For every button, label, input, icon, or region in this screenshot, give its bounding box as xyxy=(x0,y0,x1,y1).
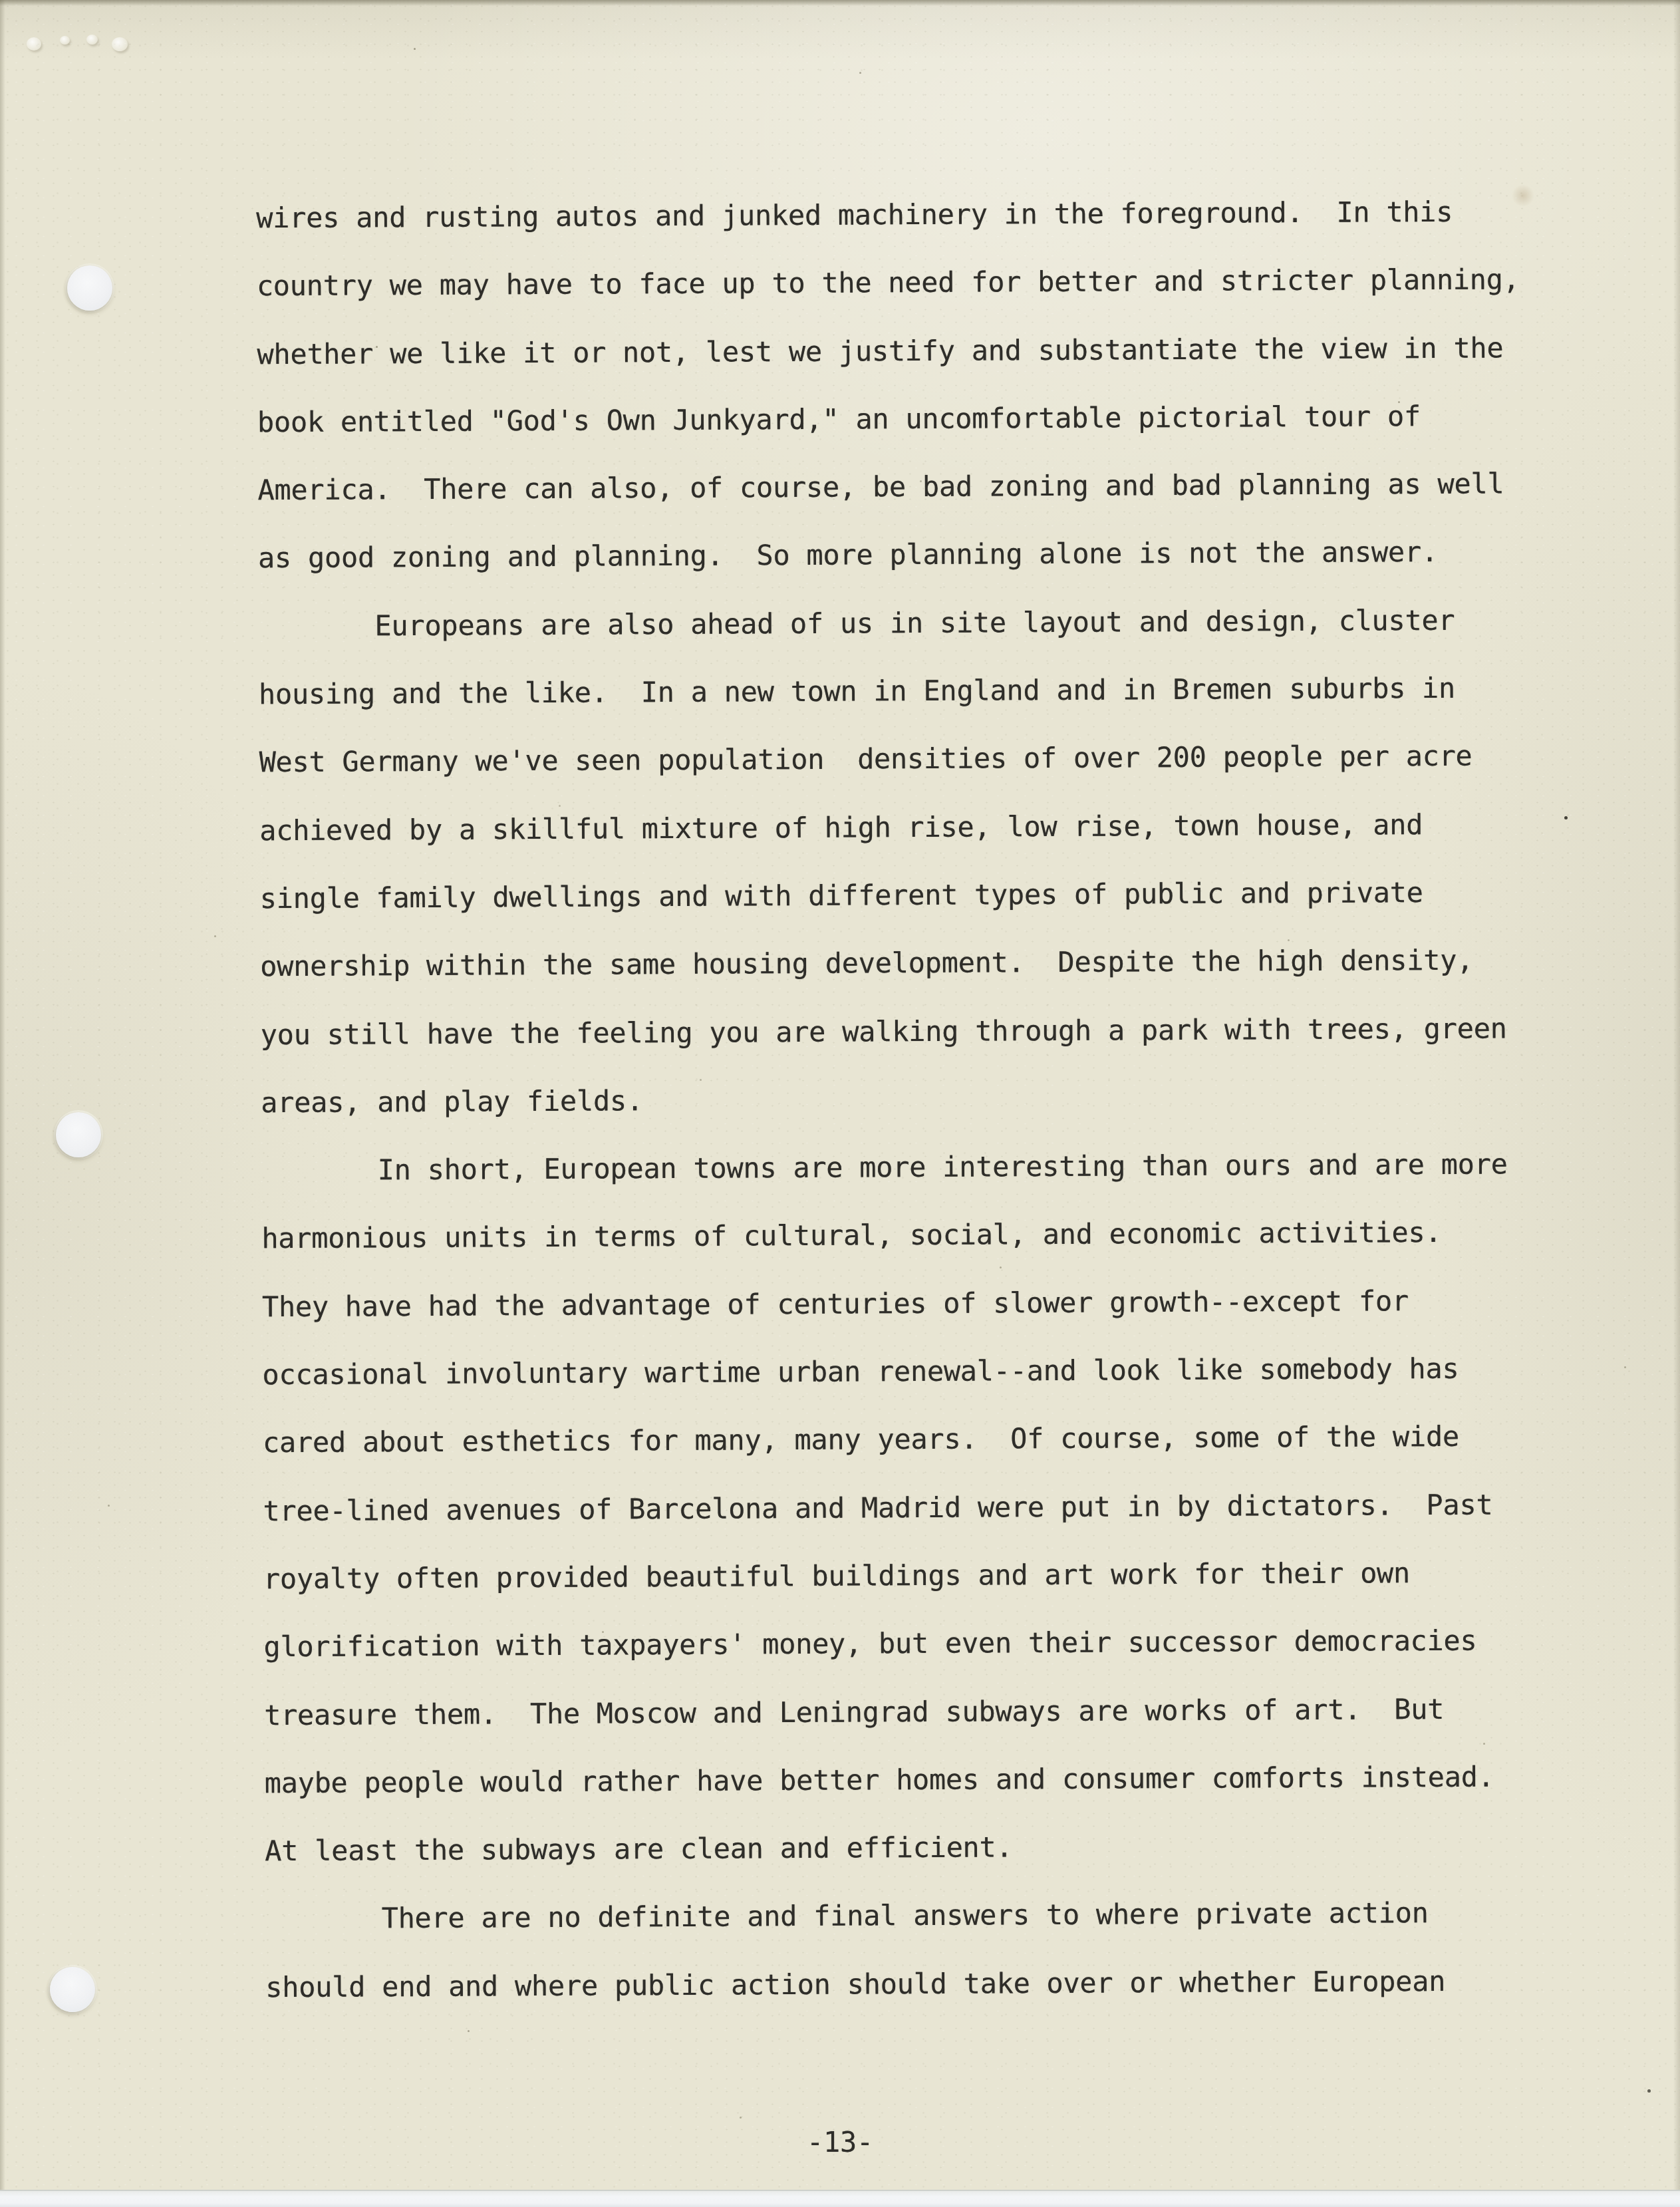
staple-dent xyxy=(27,37,41,51)
text-line: book entitled "God's Own Junkyard," an u… xyxy=(257,382,1582,457)
staple-dent xyxy=(86,35,98,45)
page-number: -13- xyxy=(0,2126,1680,2158)
text-line: occasional involuntary wartime urban ren… xyxy=(262,1334,1586,1409)
text-line: They have had the advantage of centuries… xyxy=(262,1266,1586,1342)
paper-specks xyxy=(0,0,2,2)
text-line paragraph-start: Europeans are also ahead of us in site l… xyxy=(258,586,1582,661)
text-line: should end and where public action shoul… xyxy=(265,1946,1590,2021)
text-line: you still have the feeling you are walki… xyxy=(260,994,1584,1069)
text-line: areas, and play fields. xyxy=(261,1062,1585,1137)
staple-dent xyxy=(112,37,128,51)
text-line: tree-lined avenues of Barcelona and Madr… xyxy=(263,1470,1587,1545)
staple-dent xyxy=(60,36,70,45)
text-line paragraph-start: In short, European towns are more intere… xyxy=(261,1130,1586,1205)
text-line: achieved by a skillful mixture of high r… xyxy=(259,790,1584,865)
scan-edge-right xyxy=(1673,0,1680,2207)
text-line: housing and the like. In a new town in E… xyxy=(259,654,1583,729)
scanned-document-page: wires and rusting autos and junked machi… xyxy=(0,0,1680,2207)
hole-punch xyxy=(47,1964,98,2015)
text-line: ownership within the same housing develo… xyxy=(260,926,1584,1001)
hole-punch xyxy=(56,1112,101,1157)
text-line: whether we like it or not, lest we justi… xyxy=(257,313,1581,388)
text-line paragraph-start: There are no definite and final answers … xyxy=(265,1878,1589,1954)
text-line: harmonious units in terms of cultural, s… xyxy=(261,1198,1586,1273)
text-line: as good zoning and planning. So more pla… xyxy=(258,517,1582,593)
text-line: wires and rusting autos and junked machi… xyxy=(256,178,1580,253)
text-line: maybe people would rather have better ho… xyxy=(264,1743,1588,1818)
text-line: glorification with taxpayers' money, but… xyxy=(263,1606,1588,1682)
hole-punch xyxy=(67,265,112,311)
text-line: America. There can also, of course, be b… xyxy=(257,450,1582,525)
typewritten-text-block: wires and rusting autos and junked machi… xyxy=(256,178,1589,2021)
text-line: single family dwellings and with differe… xyxy=(259,858,1584,933)
scanner-bed-strip xyxy=(0,2190,1680,2207)
text-line: country we may have to face up to the ne… xyxy=(257,245,1581,321)
scan-edge-left xyxy=(0,0,5,2207)
text-line: royalty often provided beautiful buildin… xyxy=(263,1539,1588,1614)
text-line: West Germany we've seen population densi… xyxy=(259,722,1583,797)
scan-edge-top xyxy=(0,0,1680,6)
text-line: cared about esthetics for many, many yea… xyxy=(263,1402,1587,1477)
text-line: treasure them. The Moscow and Leningrad … xyxy=(264,1674,1588,1749)
text-line: At least the subways are clean and effic… xyxy=(265,1811,1589,1886)
